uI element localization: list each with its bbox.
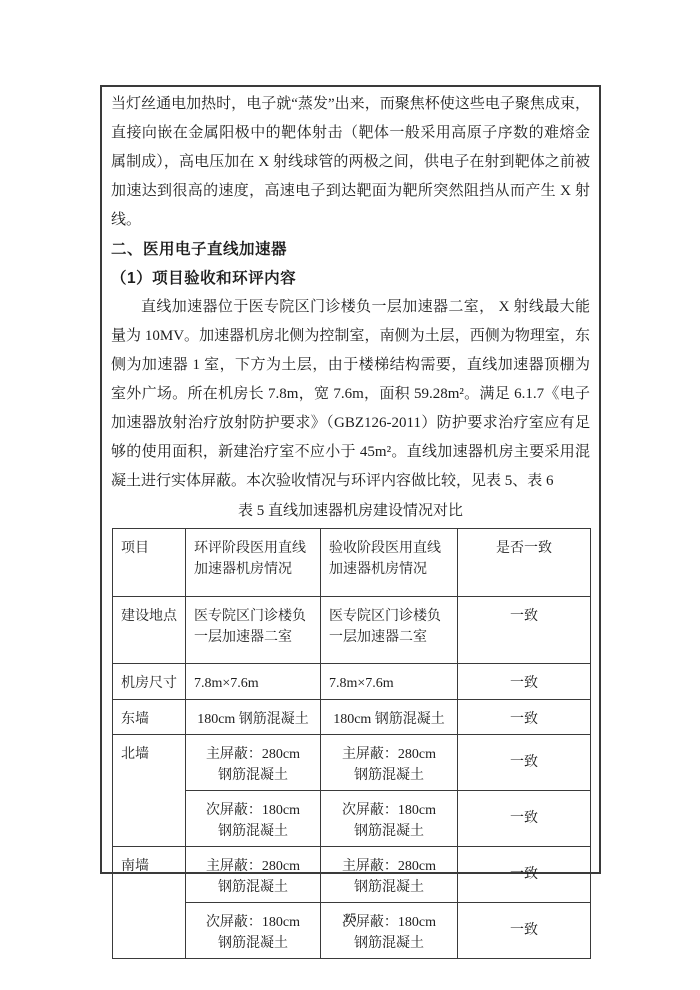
north-secondary-acceptance-line1: 次屏蔽：180cm <box>329 800 449 821</box>
header-acceptance-line1: 验收阶段医用直线 <box>329 538 449 559</box>
subsection-heading: （1）项目验收和环评内容 <box>111 264 590 293</box>
row-location: 建设地点 医专院区门诊楼负 一层加速器二室 医专院区门诊楼负 一层加速器二室 一… <box>113 597 591 664</box>
south-secondary-acceptance-line2: 钢筋混凝土 <box>329 933 449 954</box>
header-acceptance-line2: 加速器机房情况 <box>329 559 449 580</box>
header-cell-item: 项目 <box>113 529 186 597</box>
south-primary-eia-line2: 钢筋混凝土 <box>194 877 312 898</box>
page-number: 15 <box>0 910 700 926</box>
north-primary-acceptance-line1: 主屏蔽：280cm <box>329 744 449 765</box>
north-secondary-eia-line2: 钢筋混凝土 <box>194 821 312 842</box>
cell-size-acceptance: 7.8m×7.6m <box>321 664 458 700</box>
cell-north-primary-consistency: 一致 <box>458 735 591 791</box>
south-secondary-eia-line2: 钢筋混凝土 <box>194 933 312 954</box>
header-cell-acceptance: 验收阶段医用直线 加速器机房情况 <box>321 529 458 597</box>
paragraph-project-overview: 直线加速器位于医专院区门诊楼负一层加速器二室， X 射线最大能量为 10MV。加… <box>111 293 590 496</box>
cell-location-acceptance: 医专院区门诊楼负 一层加速器二室 <box>321 597 458 664</box>
cell-size-item: 机房尺寸 <box>113 664 186 700</box>
north-secondary-eia-line1: 次屏蔽：180cm <box>194 800 312 821</box>
section-heading: 二、医用电子直线加速器 <box>111 235 590 264</box>
paragraph-xray-tube: 当灯丝通电加热时，电子就“蒸发”出来，而聚焦杯使这些电子聚焦成束，直接向嵌在金属… <box>111 90 590 235</box>
cell-east-acceptance: 180cm 钢筋混凝土 <box>321 700 458 735</box>
document-page: { "doc": { "para_xray": "当灯丝通电加热时，电子就“蒸发… <box>0 0 700 990</box>
cell-north-item: 北墙 <box>113 735 186 847</box>
cell-north-primary-eia: 主屏蔽：280cm 钢筋混凝土 <box>186 735 321 791</box>
cell-location-eia: 医专院区门诊楼负 一层加速器二室 <box>186 597 321 664</box>
location-acceptance-line1: 医专院区门诊楼负 <box>329 606 449 627</box>
row-south-wall-primary: 南墙 主屏蔽：280cm 钢筋混凝土 主屏蔽：280cm 钢筋混凝土 一致 <box>113 847 591 903</box>
cell-location-consistency: 一致 <box>458 597 591 664</box>
location-eia-line1: 医专院区门诊楼负 <box>194 606 312 627</box>
north-primary-acceptance-line2: 钢筋混凝土 <box>329 765 449 786</box>
row-east-wall: 东墙 180cm 钢筋混凝土 180cm 钢筋混凝土 一致 <box>113 700 591 735</box>
header-cell-consistency: 是否一致 <box>458 529 591 597</box>
comparison-table: 项目 环评阶段医用直线 加速器机房情况 验收阶段医用直线 加速器机房情况 是否一… <box>112 528 591 959</box>
cell-location-item: 建设地点 <box>113 597 186 664</box>
row-room-size: 机房尺寸 7.8m×7.6m 7.8m×7.6m 一致 <box>113 664 591 700</box>
cell-north-secondary-consistency: 一致 <box>458 791 591 847</box>
cell-east-consistency: 一致 <box>458 700 591 735</box>
location-eia-line2: 一层加速器二室 <box>194 627 312 648</box>
south-primary-eia-line1: 主屏蔽：280cm <box>194 856 312 877</box>
table-caption: 表 5 直线加速器机房建设情况对比 <box>111 497 590 526</box>
cell-north-secondary-eia: 次屏蔽：180cm 钢筋混凝土 <box>186 791 321 847</box>
north-primary-eia-line2: 钢筋混凝土 <box>194 765 312 786</box>
location-acceptance-line2: 一层加速器二室 <box>329 627 449 648</box>
north-secondary-acceptance-line2: 钢筋混凝土 <box>329 821 449 842</box>
cell-south-primary-eia: 主屏蔽：280cm 钢筋混凝土 <box>186 847 321 903</box>
cell-south-primary-consistency: 一致 <box>458 847 591 903</box>
cell-east-eia: 180cm 钢筋混凝土 <box>186 700 321 735</box>
cell-east-item: 东墙 <box>113 700 186 735</box>
row-north-wall-primary: 北墙 主屏蔽：280cm 钢筋混凝土 主屏蔽：280cm 钢筋混凝土 一致 <box>113 735 591 791</box>
header-cell-eia: 环评阶段医用直线 加速器机房情况 <box>186 529 321 597</box>
cell-size-consistency: 一致 <box>458 664 591 700</box>
table-header-row: 项目 环评阶段医用直线 加速器机房情况 验收阶段医用直线 加速器机房情况 是否一… <box>113 529 591 597</box>
header-eia-line2: 加速器机房情况 <box>194 559 312 580</box>
cell-north-primary-acceptance: 主屏蔽：280cm 钢筋混凝土 <box>321 735 458 791</box>
cell-south-primary-acceptance: 主屏蔽：280cm 钢筋混凝土 <box>321 847 458 903</box>
cell-north-secondary-acceptance: 次屏蔽：180cm 钢筋混凝土 <box>321 791 458 847</box>
page-content-frame: 当灯丝通电加热时，电子就“蒸发”出来，而聚焦杯使这些电子聚焦成束，直接向嵌在金属… <box>100 85 601 874</box>
north-primary-eia-line1: 主屏蔽：280cm <box>194 744 312 765</box>
header-eia-line1: 环评阶段医用直线 <box>194 538 312 559</box>
cell-size-eia: 7.8m×7.6m <box>186 664 321 700</box>
south-primary-acceptance-line2: 钢筋混凝土 <box>329 877 449 898</box>
south-primary-acceptance-line1: 主屏蔽：280cm <box>329 856 449 877</box>
cell-south-item: 南墙 <box>113 847 186 959</box>
